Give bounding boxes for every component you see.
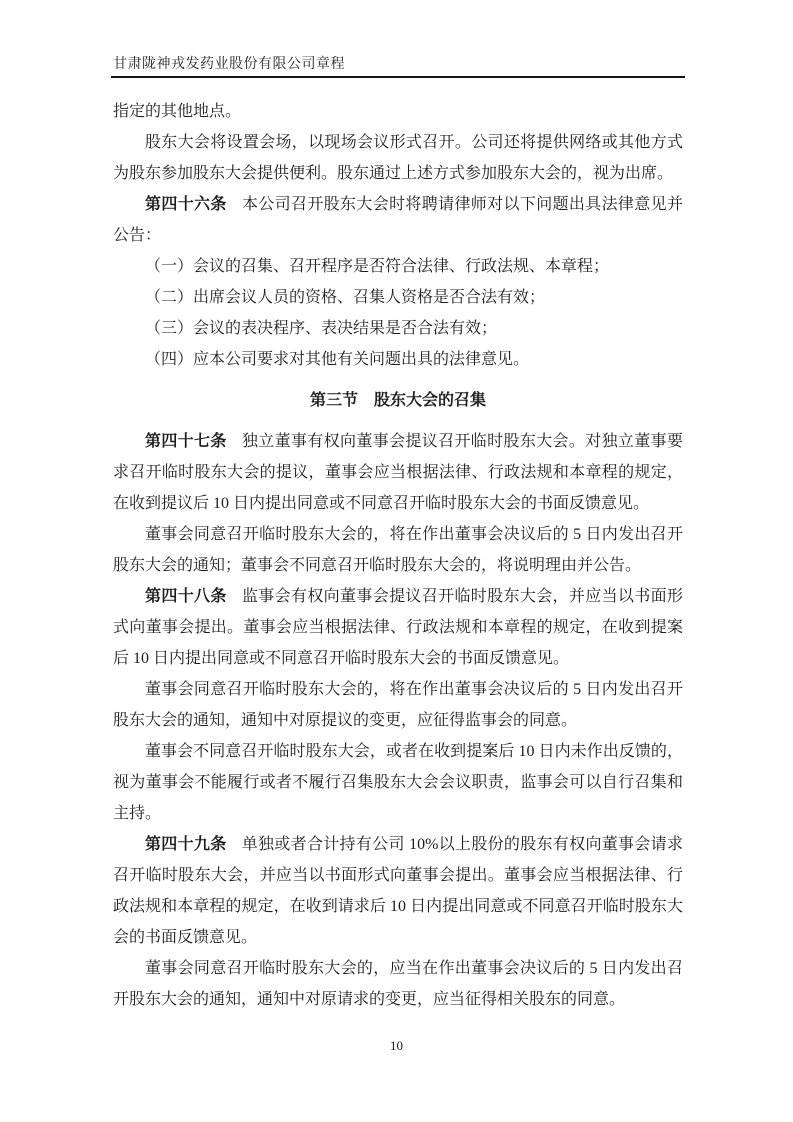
article-number: 第四十六条	[145, 196, 227, 213]
header-divider	[111, 76, 685, 78]
section-heading: 第三节 股东大会的召集	[113, 385, 683, 416]
page-footer: 10	[0, 1038, 793, 1054]
paragraph: 董事会同意召开临时股东大会的，应当在作出董事会决议后的 5 日内发出召开股东大会…	[113, 953, 683, 1015]
paragraph: 董事会同意召开临时股东大会的，将在作出董事会决议后的 5 日内发出召开股东大会的…	[113, 519, 683, 581]
paragraph: 第四十八条监事会有权向董事会提议召开临时股东大会，并应当以书面形式向董事会提出。…	[113, 581, 683, 674]
paragraph: 第四十九条单独或者合计持有公司 10%以上股份的股东有权向董事会请求召开临时股东…	[113, 829, 683, 953]
paragraph: 董事会同意召开临时股东大会的，将在作出董事会决议后的 5 日内发出召开股东大会的…	[113, 674, 683, 736]
page-number: 10	[390, 1038, 403, 1053]
document-page: 甘肃陇神戎发药业股份有限公司章程 指定的其他地点。股东大会将设置会场，以现场会议…	[0, 0, 793, 1122]
article-number: 第四十九条	[145, 836, 227, 853]
paragraph: （一）会议的召集、召开程序是否符合法律、行政法规、本章程；	[113, 251, 683, 282]
document-body: 指定的其他地点。股东大会将设置会场，以现场会议形式召开。公司还将提供网络或其他方…	[113, 96, 683, 1015]
paragraph: 董事会不同意召开临时股东大会，或者在收到提案后 10 日内未作出反馈的，视为董事…	[113, 736, 683, 829]
paragraph: 股东大会将设置会场，以现场会议形式召开。公司还将提供网络或其他方式为股东参加股东…	[113, 127, 683, 189]
paragraph: 第四十六条本公司召开股东大会时将聘请律师对以下问题出具法律意见并公告：	[113, 189, 683, 251]
paragraph: （二）出席会议人员的资格、召集人资格是否合法有效；	[113, 282, 683, 313]
paragraph: 第四十七条独立董事有权向董事会提议召开临时股东大会。对独立董事要求召开临时股东大…	[113, 426, 683, 519]
paragraph: （四）应本公司要求对其他有关问题出具的法律意见。	[113, 344, 683, 375]
paragraph: （三）会议的表决程序、表决结果是否合法有效；	[113, 313, 683, 344]
article-number: 第四十八条	[145, 588, 227, 605]
paragraph: 指定的其他地点。	[113, 96, 683, 127]
page-header-title: 甘肃陇神戎发药业股份有限公司章程	[113, 53, 345, 73]
article-number: 第四十七条	[145, 433, 227, 450]
